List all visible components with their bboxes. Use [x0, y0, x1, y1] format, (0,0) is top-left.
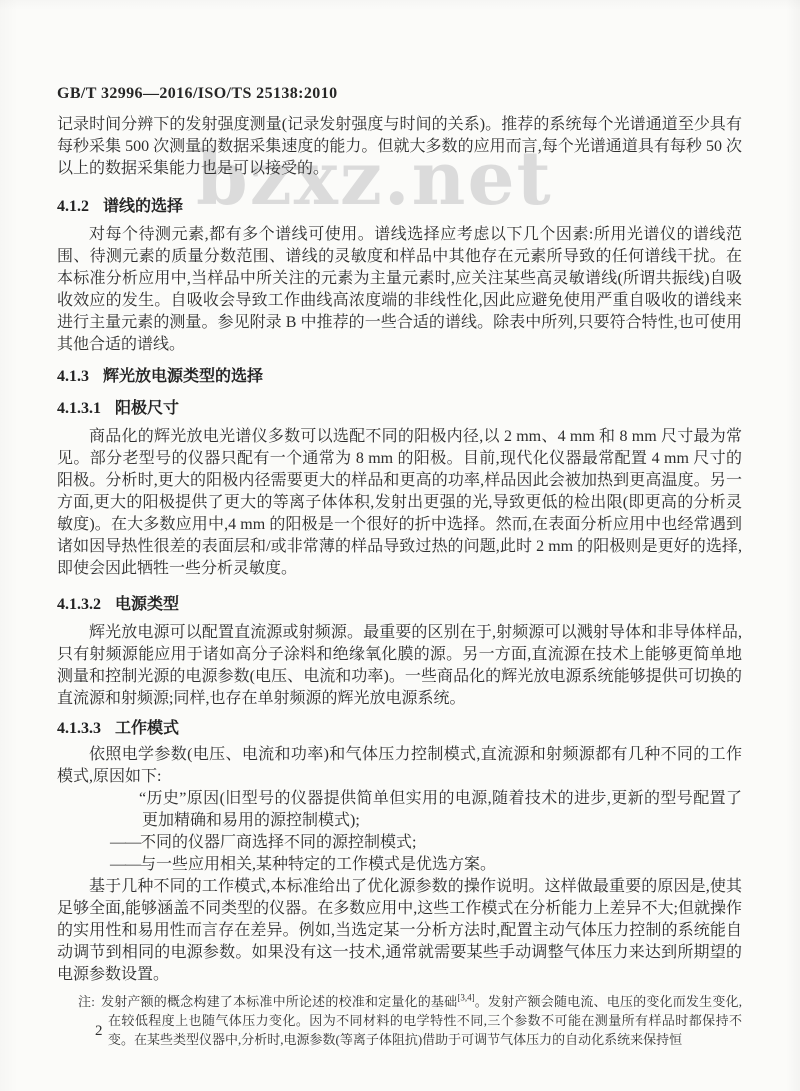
section-closing-paragraph-4-1-3-3: 基于几种不同的工作模式,本标准给出了优化源参数的操作说明。这样做最重要的原因是,… [57, 876, 742, 986]
section-heading-4-1-3-2: 4.1.3.2电源类型 [57, 594, 742, 616]
list-dash: —— [110, 856, 140, 873]
note-block: 注:发射产额的概念构建了本标准中所论述的校准和定量化的基础[3,4]。发射产额会… [57, 992, 742, 1049]
section-heading-4-1-2: 4.1.2谱线的选择 [57, 196, 742, 218]
section-heading-4-1-3-1: 4.1.3.1阳极尺寸 [57, 398, 742, 420]
list-item: ——不同的仪器厂商选择不同的源控制模式; [57, 832, 742, 854]
standard-number-header: GB/T 32996—2016/ISO/TS 25138:2010 [57, 84, 742, 104]
section-number: 4.1.3.2 [57, 596, 101, 613]
section-number: 4.1.3 [57, 368, 89, 385]
page-content: GB/T 32996—2016/ISO/TS 25138:2010 记录时间分辨… [57, 84, 742, 1049]
document-page: bzxz.net GB/T 32996—2016/ISO/TS 25138:20… [0, 0, 800, 1091]
note-reference: [3,4] [457, 993, 474, 1003]
reasons-list: “历史”原因(旧型号的仪器提供简单但实用的电源,随着技术的进步,更新的型号配置了… [57, 788, 742, 876]
section-title: 阳极尺寸 [115, 400, 179, 417]
list-item: ——与一些应用相关,某种特定的工作模式是优选方案。 [57, 854, 742, 876]
section-title: 电源类型 [115, 596, 179, 613]
section-number: 4.1.3.1 [57, 400, 101, 417]
page-number: 2 [95, 1023, 103, 1040]
section-number: 4.1.3.3 [57, 720, 101, 737]
section-paragraph-4-1-2: 对每个待测元素,都有多个谱线可使用。谱线选择应考虑以下几个因素:所用光谱仪的谱线… [57, 224, 742, 356]
section-title: 谱线的选择 [103, 198, 183, 215]
list-item: “历史”原因(旧型号的仪器提供简单但实用的电源,随着技术的进步,更新的型号配置了… [57, 788, 742, 832]
list-dash: —— [110, 834, 140, 851]
section-title: 工作模式 [115, 720, 179, 737]
list-item-text: 不同的仪器厂商选择不同的源控制模式; [140, 834, 416, 851]
list-item-text: 与一些应用相关,某种特定的工作模式是优选方案。 [140, 856, 496, 873]
section-title: 辉光放电源类型的选择 [103, 368, 263, 385]
list-item-text: “历史”原因(旧型号的仪器提供简单但实用的电源,随着技术的进步,更新的型号配置了… [139, 790, 742, 829]
continuation-paragraph: 记录时间分辨下的发射强度测量(记录发射强度与时间的关系)。推荐的系统每个光谱通道… [57, 114, 742, 180]
section-number: 4.1.2 [57, 198, 89, 215]
section-heading-4-1-3: 4.1.3辉光放电源类型的选择 [57, 366, 742, 388]
note-text: 发射产额的概念构建了本标准中所论述的校准和定量化的基础 [101, 994, 458, 1009]
section-heading-4-1-3-3: 4.1.3.3工作模式 [57, 718, 742, 740]
note-label: 注: [78, 994, 95, 1009]
section-intro-4-1-3-3: 依照电学参数(电压、电流和功率)和气体压力控制模式,直流源和射频源都有几种不同的… [57, 744, 742, 788]
section-paragraph-4-1-3-1: 商品化的辉光放电光谱仪多数可以选配不同的阳极内径,以 2 mm、4 mm 和 8… [57, 426, 742, 580]
section-paragraph-4-1-3-2: 辉光放电源可以配置直流源或射频源。最重要的区别在于,射频源可以溅射导体和非导体样… [57, 622, 742, 710]
